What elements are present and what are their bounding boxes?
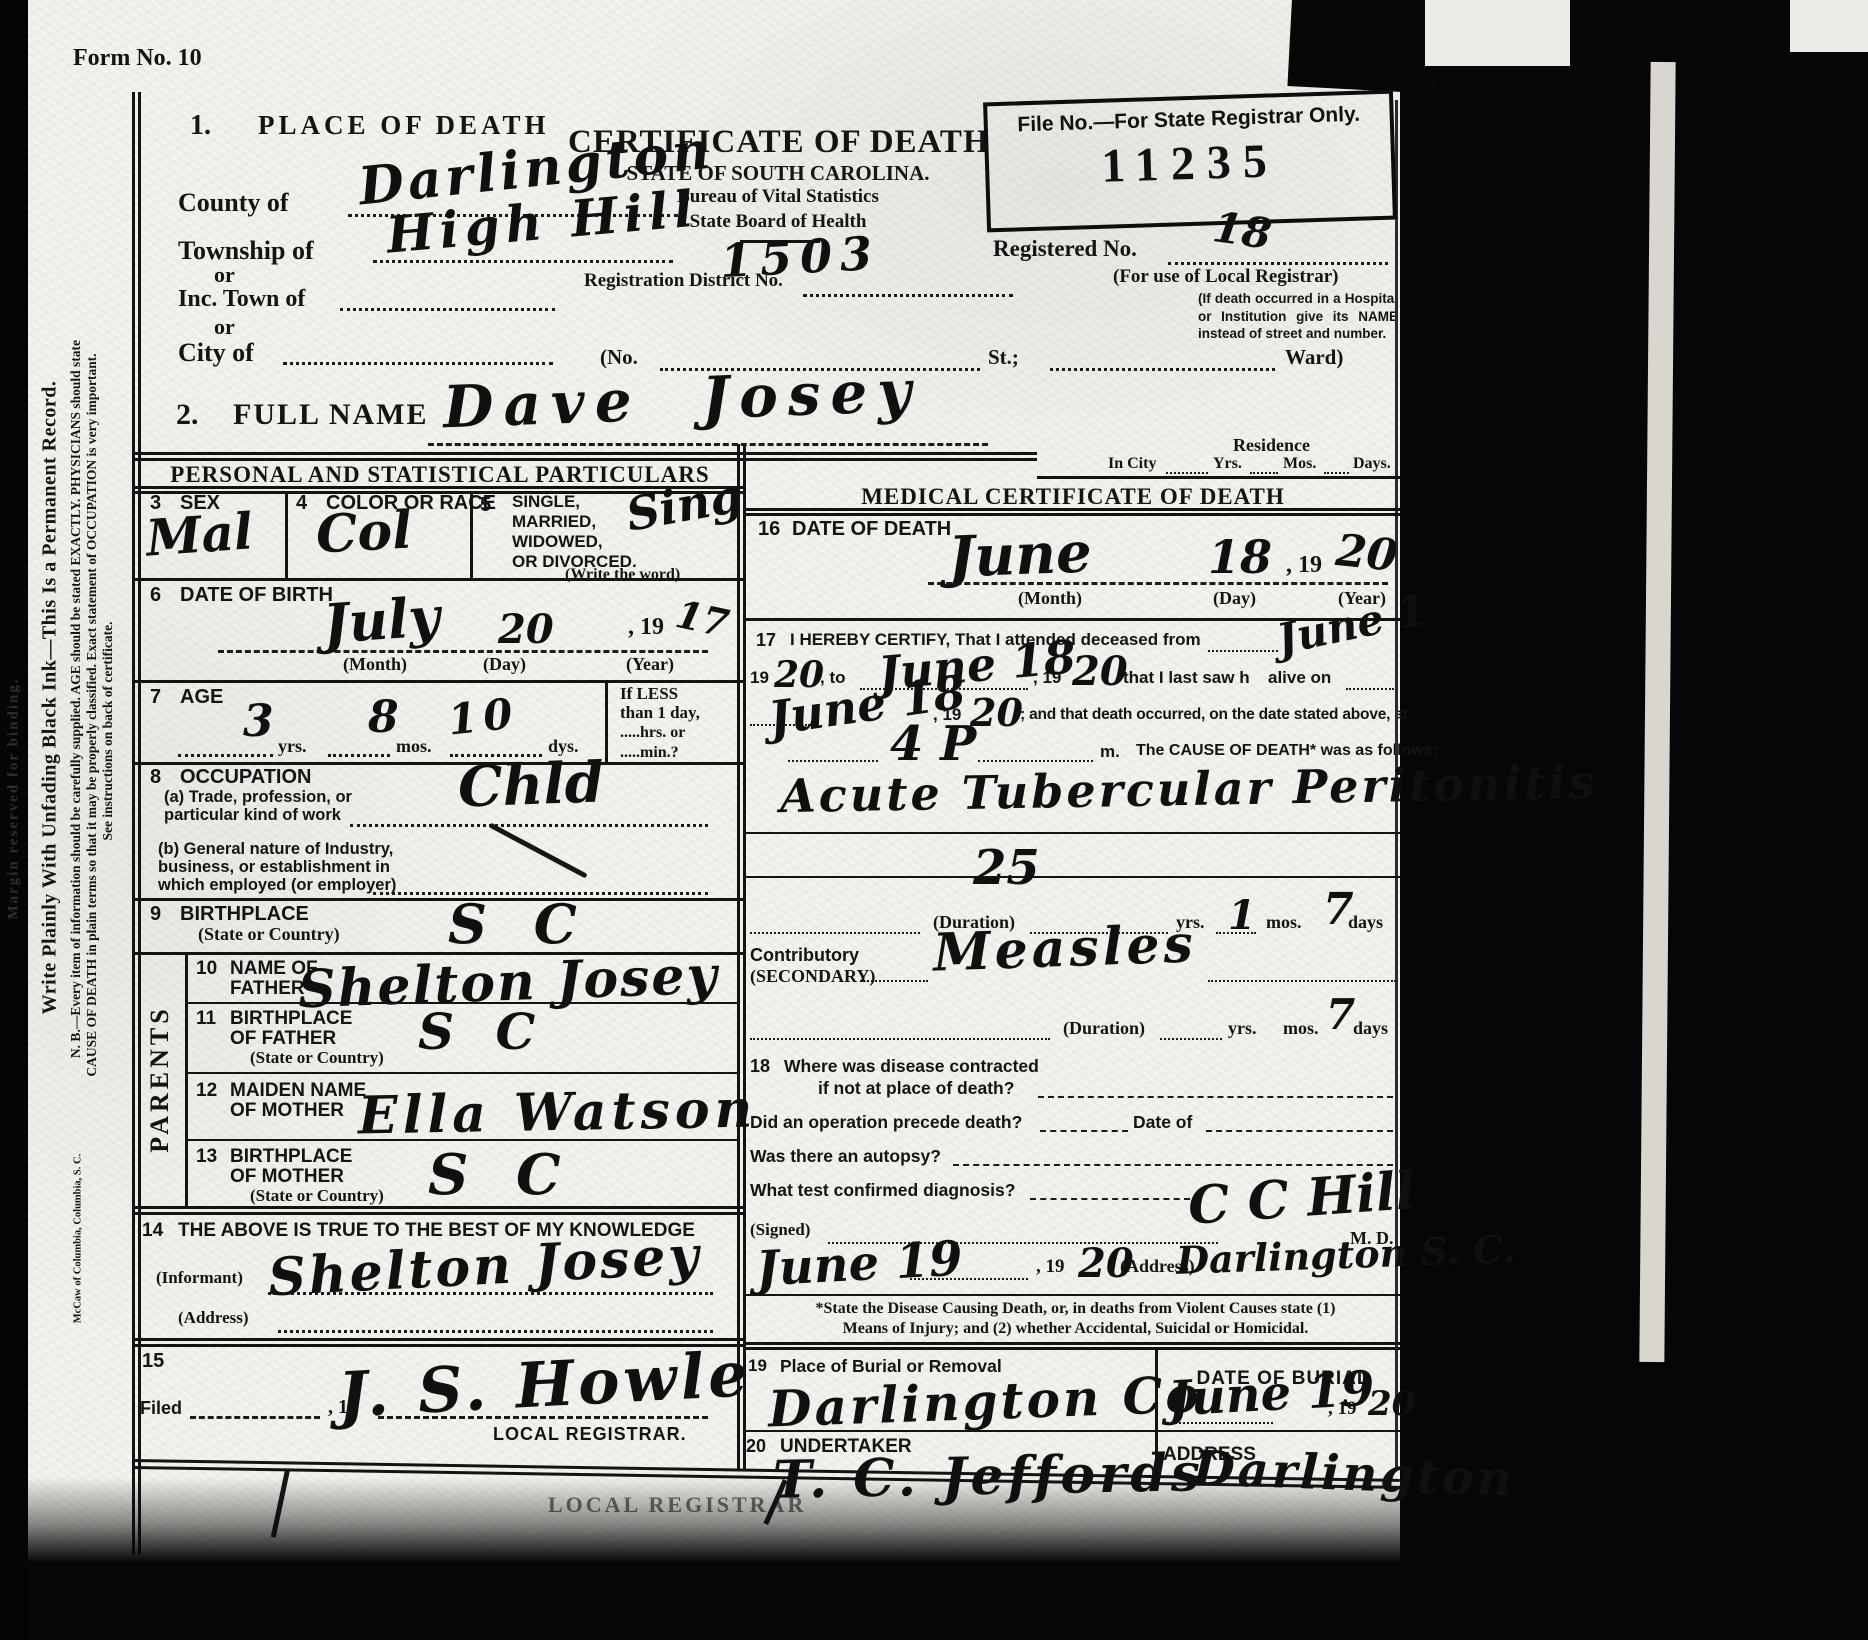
margin-bold-instruction: Write Plainly With Unfading Black Ink—Th…	[39, 158, 62, 1238]
occupation-b-line1: (b) General nature of Industry,	[158, 840, 393, 859]
duration1-dots-1	[750, 930, 920, 934]
fullname-dashed-leader	[428, 441, 988, 446]
margin-printer-credit: McCaw of Columbia, Columbia, S. C.	[73, 1089, 84, 1389]
race-marital-divider	[470, 491, 473, 578]
duration2-mos-caption: mos.	[1283, 1018, 1319, 1039]
dob-month-handwritten: July	[321, 584, 442, 656]
residence-label: Residence	[1233, 435, 1310, 456]
contributory-handwritten: Measles	[932, 913, 1198, 983]
physician-signature-handwritten: C C Hill	[1186, 1160, 1417, 1237]
certify-from-dots	[1208, 648, 1278, 652]
dob-day-handwritten: 20	[498, 606, 554, 653]
cause-rule-1	[743, 832, 1400, 834]
registered-no-label: Registered No.	[993, 236, 1137, 262]
footnote-line2: Means of Injury; and (2) whether Acciden…	[748, 1320, 1403, 1338]
duration2-yrs-caption: yrs.	[1228, 1018, 1257, 1039]
burial-year-handwritten: 20	[1368, 1384, 1415, 1424]
duration2-days-handwritten: 7	[1326, 990, 1355, 1039]
registration-district-dotted-leader	[803, 292, 1013, 297]
mother-birthplace-label-line1: BIRTHPLACE	[230, 1146, 352, 1168]
parents-vertical-label: PARENTS	[145, 959, 175, 1199]
birthplace-caption: (State or Country)	[198, 924, 340, 945]
ifless-line2: than 1 day,	[620, 703, 700, 723]
center-divider-rule	[737, 444, 740, 1470]
age-years-handwritten: 3	[243, 696, 274, 747]
duration1-days-handwritten: 7	[1323, 884, 1354, 935]
scan-white-patch-2	[1790, 0, 1868, 52]
dob-month-caption: (Month)	[343, 654, 407, 675]
duration2-dots-2	[1160, 1036, 1222, 1040]
body-top-rule-inner	[132, 458, 1037, 461]
section1-title: PLACE OF DEATH	[258, 110, 550, 141]
occupation-field-label: OCCUPATION	[180, 766, 311, 789]
ifless-line3: .....hrs. or	[620, 724, 685, 742]
hospital-note: (If death occurred in a Hospital or Inst…	[1198, 290, 1398, 343]
margin-see-instructions: See instructions on back of certificate.	[100, 481, 116, 981]
ward-label: Ward)	[1285, 345, 1343, 370]
scan-page-edge-strip	[1639, 62, 1675, 1362]
registered-no-note: (For use of Local Registrar)	[1113, 266, 1338, 288]
certify-alive-dots	[1346, 686, 1394, 690]
age-yrs-caption: yrs.	[278, 736, 307, 757]
marital-option-single: SINGLE,	[512, 492, 580, 512]
scan-white-patch-1	[1425, 0, 1570, 66]
certify-line4-m: m.	[1100, 742, 1120, 762]
dob-field-number: 6	[150, 584, 161, 607]
marital-option-married: MARRIED,	[512, 512, 596, 532]
operation-date-dashed-leader	[1206, 1128, 1393, 1132]
file-number-value: 11235	[988, 130, 1392, 198]
residence-days-label: Days.	[1353, 455, 1391, 473]
undertaker-handwritten: T. C. Jeffords	[773, 1442, 1205, 1511]
file-number-box: File No.—For State Registrar Only. 11235	[983, 90, 1397, 233]
undertaker-field-number: 20	[746, 1436, 766, 1457]
footnote-top-rule	[743, 1294, 1400, 1296]
mother-birthplace-caption: (State or Country)	[250, 1186, 384, 1206]
contributory-label: Contributory	[750, 945, 859, 966]
duration1-yrs-handwritten: 1	[1228, 892, 1256, 939]
dob-field-label: DATE OF BIRTH	[180, 584, 333, 607]
age-dots-1	[178, 752, 273, 757]
county-label: County of	[178, 188, 289, 218]
dob-dashed-leader	[218, 648, 708, 653]
or-label-2: or	[214, 314, 235, 340]
medical-header-rule	[743, 508, 1400, 511]
certificate-page: Write Plainly With Unfading Black Ink—Th…	[28, 0, 1400, 1562]
occupation-b-line3: which employed (or employer)	[158, 876, 396, 895]
dob-year-caption: (Year)	[626, 654, 674, 675]
certify-line2-19: 19	[750, 668, 769, 688]
certify-line2-saw: that I last saw h	[1123, 668, 1250, 688]
race-handwritten: Col	[314, 500, 413, 566]
duration2-dots-1	[750, 1036, 1050, 1040]
father-birthplace-number: 11	[196, 1008, 216, 1030]
certify-line3-year-handwritten: 20	[970, 690, 1023, 735]
signed-address-handwritten: Darlington S. C.	[1175, 1226, 1516, 1283]
mother-birthplace-number: 13	[196, 1146, 217, 1168]
test-question: What test confirmed diagnosis?	[750, 1180, 1015, 1201]
signed-19-printed: , 19	[1036, 1256, 1065, 1278]
burial-date-handwritten: June 19	[1167, 1361, 1376, 1428]
township-label: Township of	[178, 236, 314, 266]
inc-town-dotted-leader	[340, 306, 555, 311]
operation-dashed-leader	[1040, 1128, 1128, 1132]
center-divider-rule-inner	[743, 444, 746, 1470]
mother-name-label-line1: MAIDEN NAME	[230, 1080, 366, 1102]
contributory-dots-1	[860, 978, 928, 982]
city-dotted-leader	[283, 360, 553, 365]
registered-no-handwritten: 18	[1210, 202, 1275, 259]
dod-day-handwritten: 18	[1208, 530, 1272, 584]
row8-bottom-rule	[132, 898, 743, 901]
row6-bottom-rule	[132, 680, 743, 683]
mother-name-label-line2: OF MOTHER	[230, 1100, 344, 1122]
dob-year-printed: , 19	[628, 614, 664, 641]
age-months-handwritten: 8	[368, 692, 399, 743]
duration2-caption: (Duration)	[1063, 1018, 1145, 1039]
father-birthplace-handwritten: S C	[418, 1002, 547, 1061]
residence-incity-label: In City	[1108, 455, 1156, 473]
father-birthplace-caption: (State or Country)	[250, 1048, 384, 1068]
or-label-1: or	[214, 262, 235, 288]
parents-bottom-rule-inner	[132, 1212, 743, 1215]
contracted-line1: Where was disease contracted	[784, 1056, 1039, 1077]
row14-bottom-rule	[132, 1338, 743, 1341]
mother-birthplace-handwritten: S C	[428, 1142, 575, 1208]
signed-caption: (Signed)	[750, 1220, 810, 1240]
occupation-a-line2: particular kind of work	[164, 806, 341, 825]
birthplace-field-number: 9	[150, 903, 161, 926]
sex-race-divider	[285, 491, 288, 578]
city-label: City of	[178, 338, 254, 368]
occupation-field-number: 8	[150, 766, 161, 789]
birthplace-field-label: BIRTHPLACE	[180, 903, 309, 926]
cause-rule-2	[743, 876, 1400, 878]
certify-line2-yearb-handwritten: 20	[1072, 648, 1128, 695]
dod-field-number: 16	[758, 518, 780, 541]
residence-dots-2	[1250, 470, 1278, 474]
row5-bottom-rule	[132, 578, 743, 581]
age-dots-2	[328, 752, 390, 757]
filed-dashed-leader	[190, 1414, 320, 1419]
mother-name-handwritten: Ella Watson	[357, 1079, 757, 1147]
certify-line4-cause: The CAUSE OF DEATH* was as follows:	[1136, 742, 1438, 760]
cause-code-handwritten: 25	[973, 840, 1040, 896]
fullname-handwritten: Dave Josey	[442, 357, 922, 442]
age-mos-caption: mos.	[396, 736, 432, 757]
filed-label: Filed	[140, 1398, 182, 1419]
stray-pen-mark-2	[763, 1479, 787, 1525]
duration2-days-caption: days	[1353, 1018, 1388, 1039]
mother-name-number: 12	[196, 1080, 217, 1102]
right-col-top-rule	[1037, 476, 1400, 479]
occupation-a-line1: (a) Trade, profession, or	[164, 788, 352, 807]
operation-date-of-label: Date of	[1133, 1112, 1192, 1133]
certify-line3-rest: ; and that death occurred, on the date s…	[1020, 706, 1408, 724]
dod-month-caption: (Month)	[1018, 588, 1082, 609]
fullname-label: FULL NAME	[233, 398, 429, 432]
occupation-b-handwritten-dash	[488, 822, 587, 878]
ifless-line4: .....min.?	[620, 744, 679, 762]
marital-write-word-note: (Write the word)	[565, 566, 680, 584]
contracted-dashed-leader	[1038, 1094, 1393, 1098]
duration1-mos-caption: mos.	[1266, 912, 1302, 933]
street-label: St.;	[988, 345, 1019, 370]
mother-birthplace-label-line2: OF MOTHER	[230, 1166, 344, 1188]
filed-field-number: 15	[142, 1350, 164, 1373]
informant-address-dotted-leader	[278, 1328, 713, 1333]
father-name-number: 10	[196, 958, 217, 980]
inc-town-label: Inc. Town of	[178, 286, 305, 313]
certify-time-dots-1	[788, 758, 878, 762]
informant-caption: (Informant)	[156, 1268, 243, 1288]
form-number: Form No. 10	[73, 45, 202, 72]
certify-field-number: 17	[756, 630, 776, 651]
birthplace-handwritten: S C	[448, 892, 591, 956]
father-birthplace-label-line2: OF FATHER	[230, 1028, 336, 1050]
dob-year-handwritten: 17	[672, 591, 733, 646]
medical-header-rule-inner	[743, 513, 1400, 516]
registered-no-dotted-leader	[1168, 260, 1388, 265]
dod-19-printed: , 19	[1286, 552, 1322, 579]
ifless-line1: If LESS	[620, 684, 678, 704]
father-name-label-line2: FATHER	[230, 978, 305, 1000]
parents-inner-divider	[185, 952, 188, 1208]
registration-district-handwritten: 1503	[719, 226, 882, 288]
residence-yrs-label: Yrs.	[1213, 455, 1242, 473]
secondary-label: (SECONDARY)	[750, 966, 875, 987]
age-field-number: 7	[150, 686, 161, 709]
occupation-a-handwritten: Chld	[457, 749, 605, 820]
contributory-dots-2	[1208, 978, 1396, 982]
sex-handwritten: Mal	[144, 501, 255, 567]
signed-date-handwritten: June 19	[755, 1231, 964, 1298]
residence-dots-1	[1166, 470, 1208, 474]
occupation-b-line2: business, or establishment in	[158, 858, 390, 877]
undertaker-address-handwritten: Darlington	[1192, 1440, 1516, 1507]
age-ifless-divider	[605, 680, 608, 762]
contracted-field-number: 18	[750, 1056, 770, 1077]
row11-bottom-rule	[185, 1072, 737, 1074]
age-days-handwritten: 10	[446, 688, 521, 744]
ward-dotted-leader	[1050, 366, 1275, 371]
autopsy-question: Was there an autopsy?	[750, 1146, 941, 1167]
test-dashed-leader	[1030, 1196, 1190, 1200]
stray-pen-mark-1	[271, 1468, 290, 1538]
bottom-local-registrar-caption: LOCAL REGISTRAR	[548, 1492, 806, 1518]
scanned-death-certificate: { "margin": { "binding": "Margin reserve…	[0, 0, 1868, 1640]
margin-nb-line2: CAUSE OF DEATH in plain terms so that it…	[84, 5, 100, 1425]
local-registrar-caption: LOCAL REGISTRAR.	[493, 1424, 687, 1445]
certify-time-handwritten: 4 P	[890, 716, 976, 772]
footnote-bottom-rule-inner	[743, 1347, 1400, 1350]
scan-black-wedge-top-right	[1287, 0, 1442, 94]
body-top-rule	[132, 452, 1037, 455]
marital-option-widowed: WIDOWED,	[512, 532, 603, 552]
dod-field-label: DATE OF DEATH	[792, 518, 951, 541]
age-field-label: AGE	[180, 686, 223, 709]
medical-section-header: MEDICAL CERTIFICATE OF DEATH	[748, 484, 1398, 510]
dob-day-caption: (Day)	[483, 654, 526, 675]
row7-bottom-rule	[132, 762, 743, 765]
certify-time-dots-2	[978, 758, 1093, 762]
binding-margin-text: Margin reserved for binding.	[6, 449, 23, 1149]
residence-mos-label: Mos.	[1283, 455, 1316, 473]
binding-strip: Margin reserved for binding.	[0, 0, 28, 1640]
residence-dots-3	[1324, 470, 1349, 474]
dod-month-handwritten: June	[947, 520, 1093, 591]
contracted-line2: if not at place of death?	[818, 1078, 1014, 1099]
section1-number: 1.	[190, 110, 211, 142]
signed-year-handwritten: 20	[1078, 1240, 1134, 1287]
marital-field-number: 5	[480, 494, 491, 517]
left-border-rule-inner	[138, 92, 141, 1555]
footnote-bottom-rule	[743, 1342, 1400, 1345]
informant-field-number: 14	[142, 1220, 163, 1242]
occupation-a-dotted-leader	[350, 822, 708, 827]
footnote-line1: *State the Disease Causing Death, or, in…	[748, 1300, 1403, 1318]
operation-question: Did an operation precede death?	[750, 1112, 1022, 1133]
certify-line2-alive: alive on	[1268, 668, 1331, 688]
race-field-number: 4	[296, 492, 307, 515]
section2-number: 2.	[176, 398, 199, 432]
left-border-rule	[132, 92, 135, 1555]
dod-day-caption: (Day)	[1213, 588, 1256, 609]
dod-year-handwritten: 20	[1334, 525, 1400, 582]
informant-address-caption: (Address)	[178, 1308, 249, 1328]
